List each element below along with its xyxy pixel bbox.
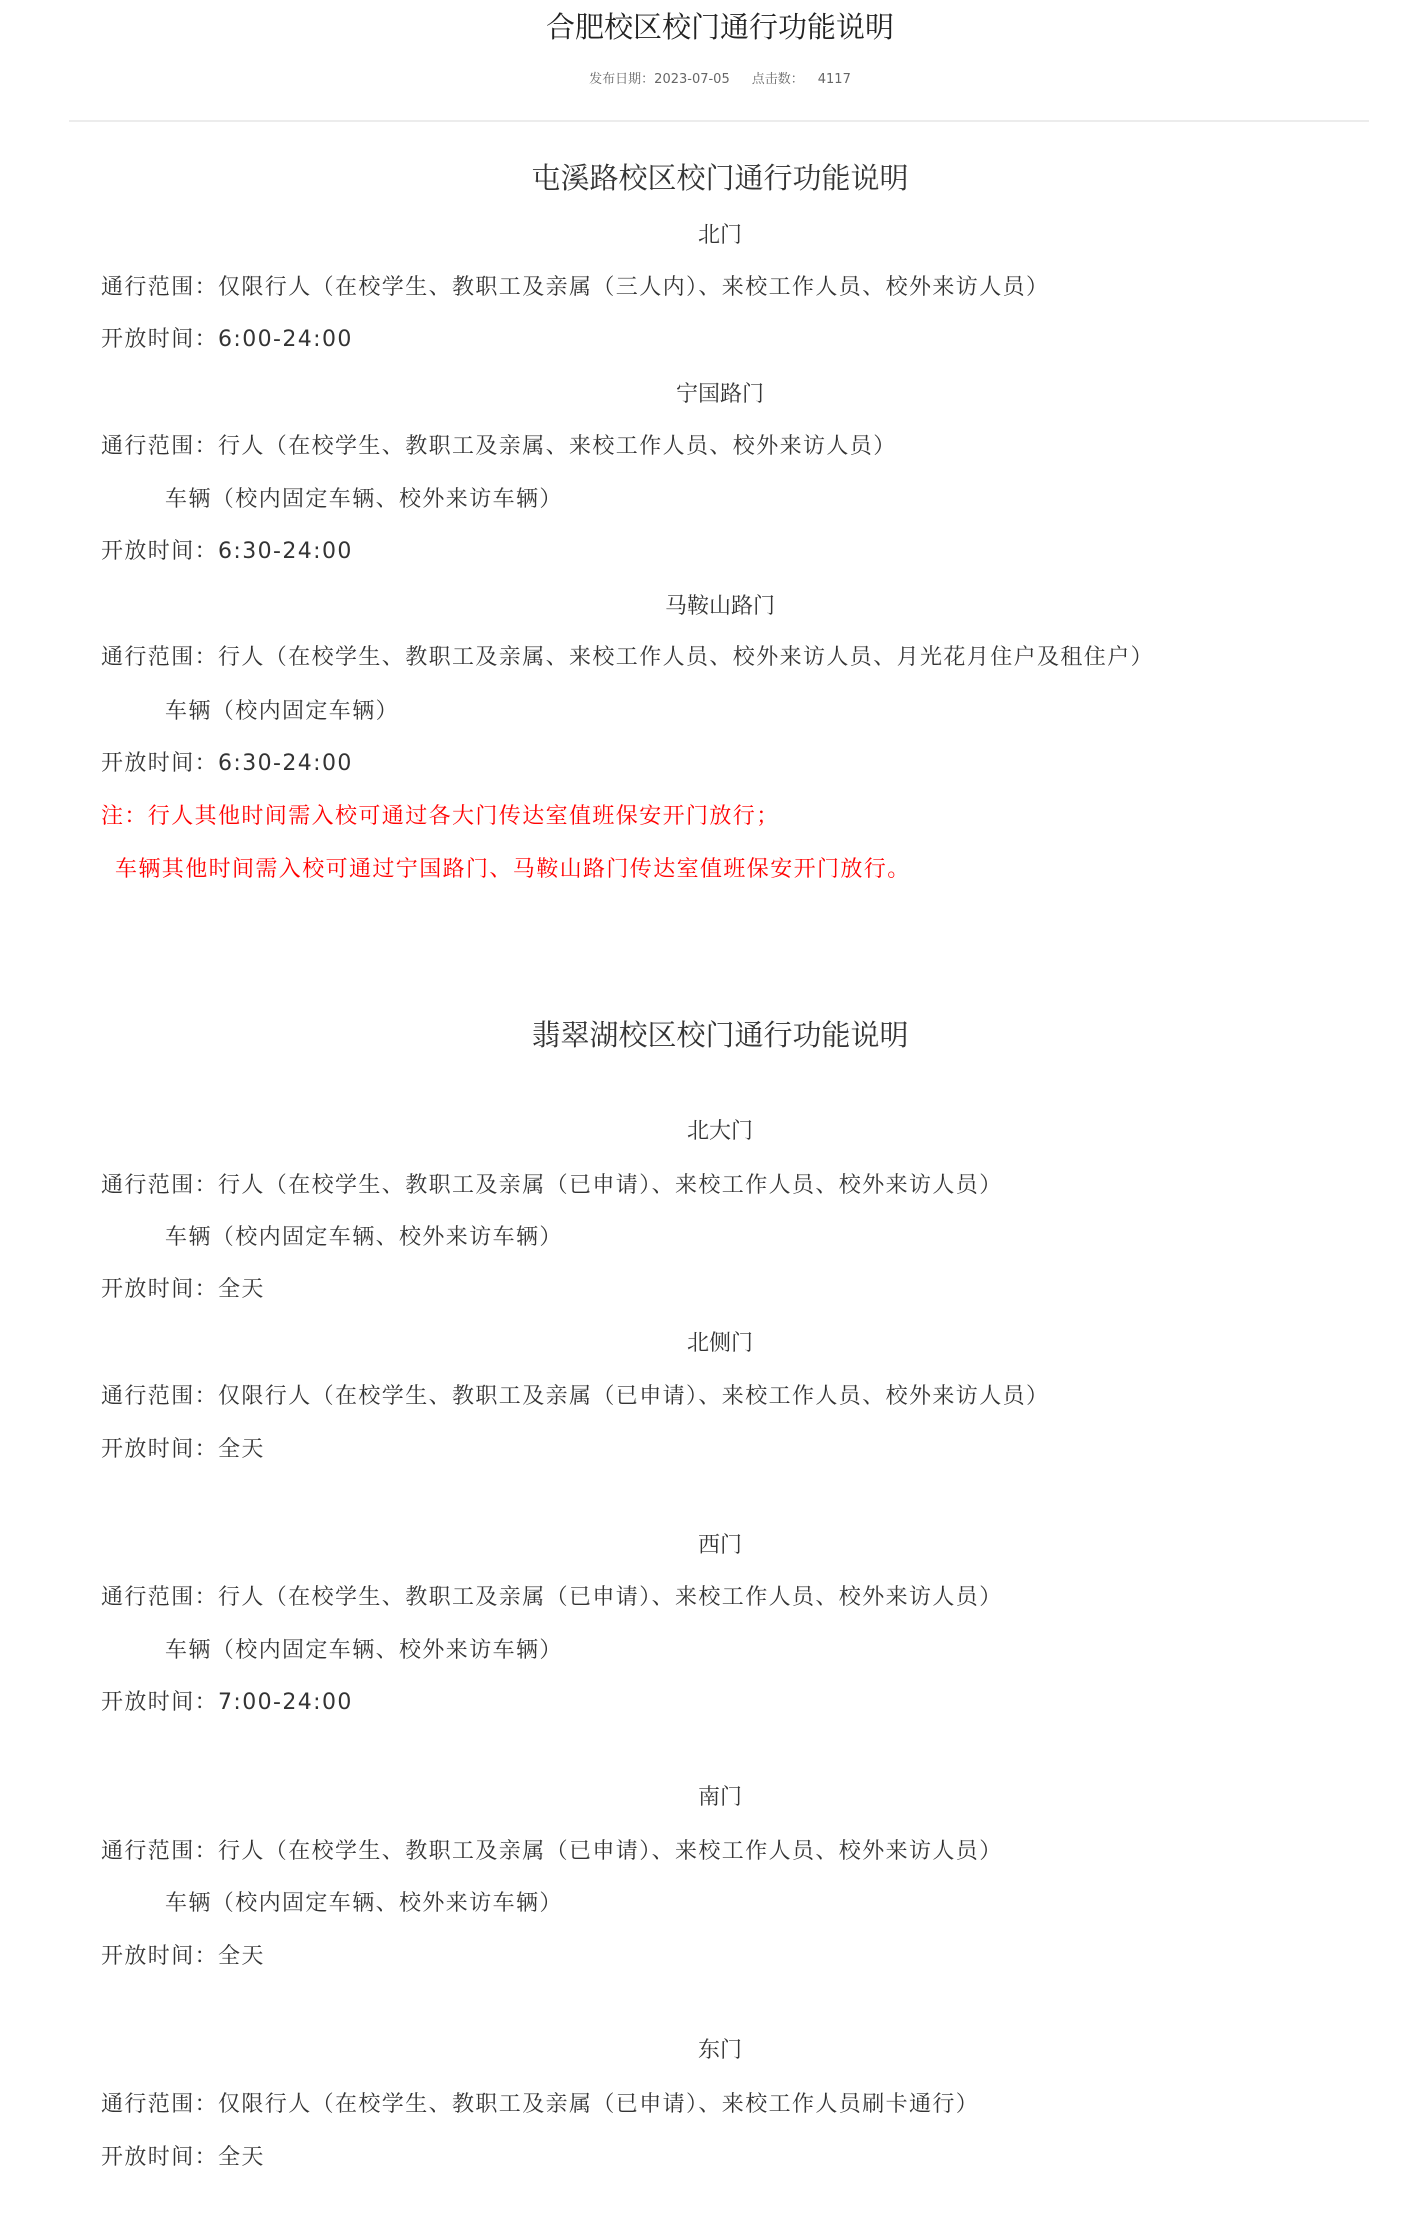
gate-scope: 通行范围：行人（在校学生、教职工及亲属（已申请）、来校工作人员、校外来访人员） (101, 1841, 1003, 1863)
gate-hours: 开放时间：全天 (101, 1439, 265, 1461)
gate-scope: 通行范围：行人（在校学生、教职工及亲属（已申请）、来校工作人员、校外来访人员） (101, 1587, 1003, 1609)
gate-vehicles: 车辆（校内固定车辆、校外来访车辆） (165, 1893, 563, 1915)
page-title: 合肥校区校门通行功能说明 (0, 13, 1404, 42)
gate-scope: 通行范围：仅限行人（在校学生、教职工及亲属（已申请）、来校工作人员、校外来访人员… (101, 1386, 1049, 1408)
gate-name: 北门 (0, 225, 1404, 247)
header-divider (69, 120, 1369, 122)
gate-name: 宁国路门 (0, 384, 1404, 406)
gate-scope: 通行范围：行人（在校学生、教职工及亲属（已申请）、来校工作人员、校外来访人员） (101, 1175, 1003, 1197)
gate-hours: 开放时间：7:00-24:00 (101, 1692, 353, 1714)
note-vehicle: 车辆其他时间需入校可通过宁国路门、马鞍山路门传达室值班保安开门放行。 (115, 859, 911, 881)
gate-hours: 开放时间：全天 (101, 1946, 265, 1968)
gate-scope: 通行范围：仅限行人（在校学生、教职工及亲属（三人内）、来校工作人员、校外来访人员… (101, 277, 1049, 299)
gate-vehicles: 车辆（校内固定车辆） (165, 701, 399, 723)
gate-vehicles: 车辆（校内固定车辆、校外来访车辆） (165, 489, 563, 511)
gate-name: 南门 (0, 1787, 1404, 1809)
gate-name: 北大门 (0, 1121, 1404, 1143)
gate-hours: 开放时间：全天 (101, 1279, 265, 1301)
gate-hours: 开放时间：全天 (101, 2147, 265, 2169)
click-count: 4117 (818, 73, 851, 86)
gate-name: 西门 (0, 1535, 1404, 1557)
gate-hours: 开放时间：6:00-24:00 (101, 329, 353, 351)
gate-hours: 开放时间：6:30-24:00 (101, 541, 353, 563)
gate-scope: 通行范围：仅限行人（在校学生、教职工及亲属（已申请）、来校工作人员刷卡通行） (101, 2094, 979, 2116)
gate-vehicles: 车辆（校内固定车辆、校外来访车辆） (165, 1227, 563, 1249)
gate-name: 马鞍山路门 (0, 596, 1404, 618)
gate-scope: 通行范围：行人（在校学生、教职工及亲属、来校工作人员、校外来访人员、月光花月住户… (101, 647, 1154, 669)
click-count-label: 点击数： (752, 73, 804, 86)
gate-name: 东门 (0, 2040, 1404, 2062)
gate-vehicles: 车辆（校内固定车辆、校外来访车辆） (165, 1640, 563, 1662)
campus-title-feicuihu: 翡翠湖校区校门通行功能说明 (0, 1021, 1404, 1050)
gate-scope: 通行范围：行人（在校学生、教职工及亲属、来校工作人员、校外来访人员） (101, 436, 897, 458)
publish-date: 2023-07-05 (654, 73, 730, 86)
campus-title-tunxi: 屯溪路校区校门通行功能说明 (0, 164, 1404, 193)
note-pedestrian: 注：行人其他时间需入校可通过各大门传达室值班保安开门放行； (101, 806, 780, 828)
gate-hours: 开放时间：6:30-24:00 (101, 753, 353, 775)
article-meta: 发布日期：2023-07-05点击数：4117 (0, 73, 1404, 86)
gate-name: 北侧门 (0, 1333, 1404, 1355)
publish-date-label: 发布日期： (589, 73, 654, 86)
